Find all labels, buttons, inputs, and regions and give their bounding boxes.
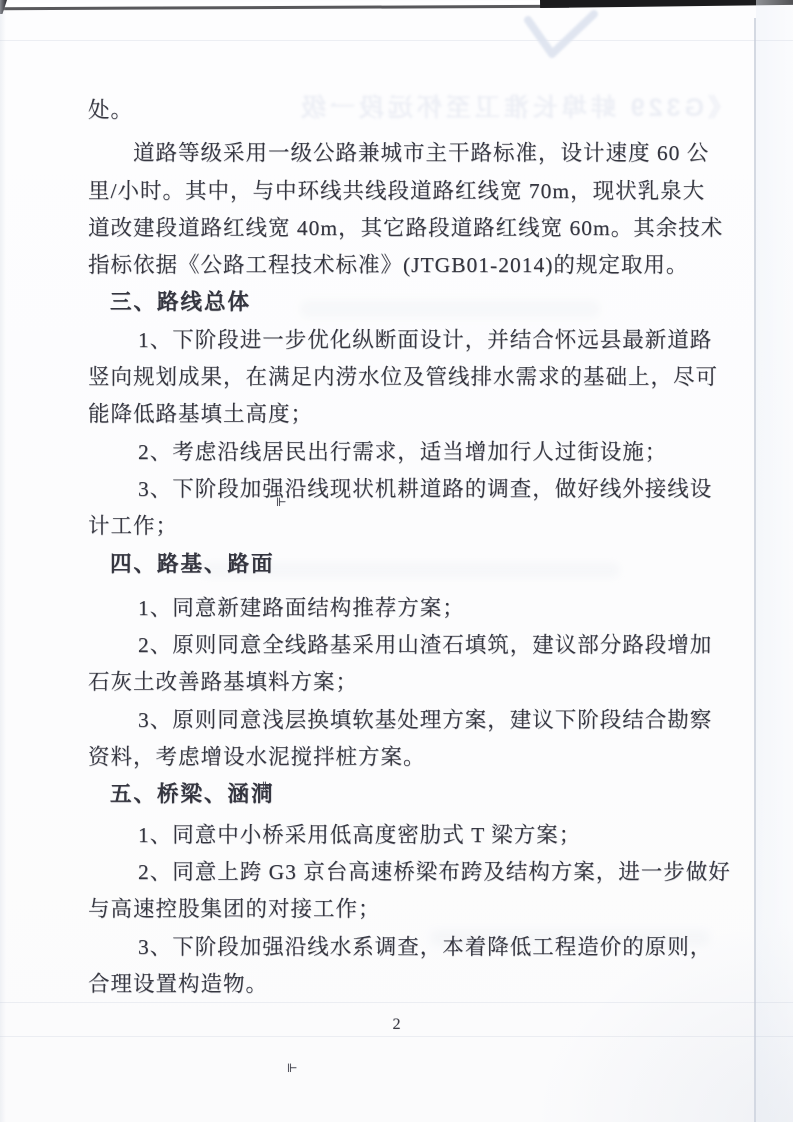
scan-streak <box>0 1036 793 1037</box>
section-bridges-items: 1、同意中小桥采用低高度密肋式 T 梁方案； 2、同意上跨 G3 京台高速桥梁布… <box>88 817 710 1003</box>
text-line: 石灰土改善路基填料方案； <box>88 664 710 701</box>
text-line: 指标依据《公路工程技术标准》(JTGB01-2014)的规定取用。 <box>88 247 710 284</box>
text-line: 资料，考虑增设水泥搅拌桩方案。 <box>88 739 710 776</box>
section-heading-route: 三、路线总体 <box>88 284 710 321</box>
scan-streak <box>0 40 793 41</box>
text-line: 能降低路基填土高度； <box>88 396 710 433</box>
text-line: 竖向规划成果，在满足内涝水位及管线排水需求的基础上，尽可 <box>88 359 710 396</box>
text-line: 里/小时。其中，与中环线共线段道路红线宽 70m，现状乳泉大 <box>88 173 710 210</box>
text-line: 合理设置构造物。 <box>88 966 710 1003</box>
page-number: 2 <box>0 1016 793 1034</box>
section-roadbed-items: 1、同意新建路面结构推荐方案； 2、原则同意全线路基采用山渣石填筑，建议部分路段… <box>88 590 710 776</box>
scanned-document-page: 《G329 蚌埠长淮卫至怀远段一级 处。 道路等级采用一级公路兼城市主干路标准，… <box>0 0 793 1122</box>
section-route-items: 1、下阶段进一步优化纵断面设计，并结合怀远县最新道路 竖向规划成果，在满足内涝水… <box>88 322 710 546</box>
anchor-mark-artifact: ⊩ <box>287 1062 297 1074</box>
text-line: 道路等级采用一级公路兼城市主干路标准，设计速度 60 公 <box>88 135 710 172</box>
text-line: 3、下阶段加强沿线现状机耕道路的调查，做好线外接线设 <box>88 471 710 508</box>
text-line: 2、考虑沿线居民出行需求，适当增加行人过街设施； <box>88 434 710 471</box>
text-line: 3、下阶段加强沿线水系调查，本着降低工程造价的原则， <box>88 929 710 966</box>
text-line: 1、同意新建路面结构推荐方案； <box>88 590 710 627</box>
text-line: 道改建段道路红线宽 40m，其它路段道路红线宽 60m。其余技术 <box>88 210 710 247</box>
faint-checkmark-artifact <box>520 6 604 64</box>
anchor-mark-artifact: ⊩ <box>276 496 286 508</box>
document-body: 处。 道路等级采用一级公路兼城市主干路标准，设计速度 60 公 里/小时。其中，… <box>88 92 710 1003</box>
text-line: 与高速控股集团的对接工作； <box>88 891 710 928</box>
anchor-mark-artifact: ⊩ <box>262 780 272 792</box>
text-line: 计工作； <box>88 508 710 545</box>
scan-left-shade <box>0 0 6 1122</box>
text-line: 3、原则同意浅层换填软基处理方案，建议下阶段结合勘察 <box>88 702 710 739</box>
text-line: 2、原则同意全线路基采用山渣石填筑，建议部分路段增加 <box>88 627 710 664</box>
section-heading-bridges: 五、桥梁、涵洞 <box>88 776 710 813</box>
text-line: 2、同意上跨 G3 京台高速桥梁布跨及结构方案，进一步做好 <box>88 854 710 891</box>
text-line: 1、同意中小桥采用低高度密肋式 T 梁方案； <box>88 817 710 854</box>
section-heading-roadbed: 四、路基、路面 <box>88 546 710 583</box>
intro-paragraph: 道路等级采用一级公路兼城市主干路标准，设计速度 60 公 里/小时。其中，与中环… <box>88 135 710 284</box>
text-line-continuation: 处。 <box>88 92 710 129</box>
text-line: 1、下阶段进一步优化纵断面设计，并结合怀远县最新道路 <box>88 322 710 359</box>
